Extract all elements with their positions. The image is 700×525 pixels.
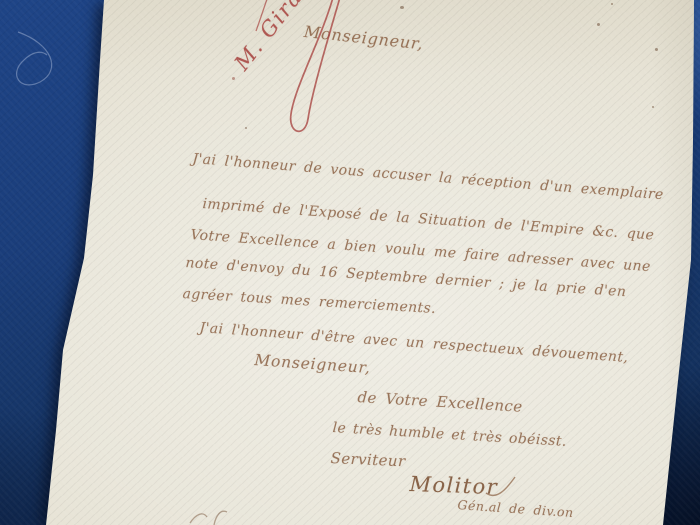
ink-speck [400,6,404,9]
ink-speck [232,77,235,80]
ink-speck [611,3,613,5]
ink-speck [245,127,247,129]
signature: Molitor [409,473,498,499]
photograph-of-letter: Monseigneur, J'ai l'honneur de vous accu… [0,0,700,525]
ink-speck [655,48,658,51]
ink-speck [652,106,654,108]
ink-speck [597,23,600,26]
closing-line-5: Serviteur [330,450,406,470]
